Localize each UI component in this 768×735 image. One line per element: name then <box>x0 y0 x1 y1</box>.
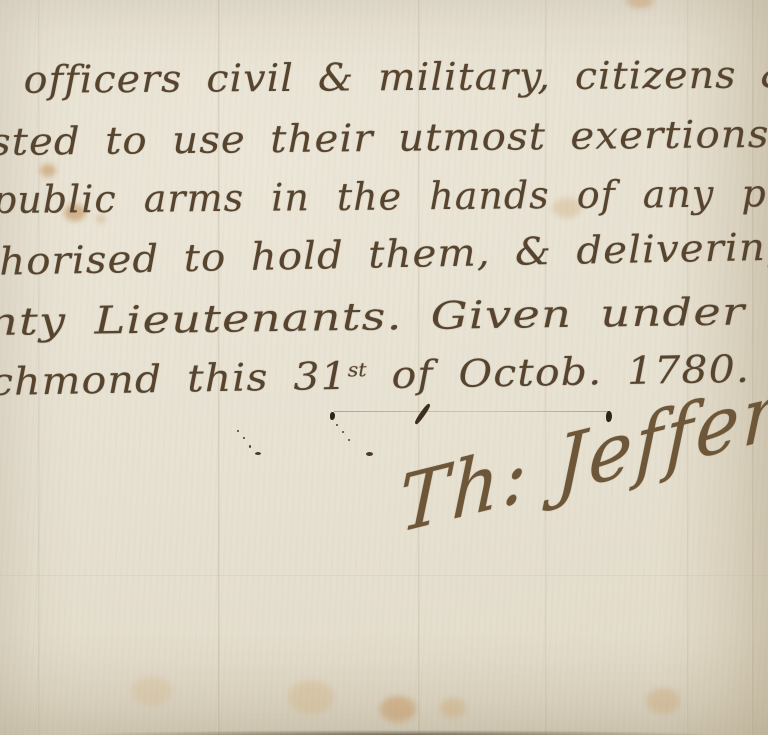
stain-mark <box>288 680 334 714</box>
ink-speck <box>243 437 245 439</box>
fold-crease-vertical <box>751 0 754 735</box>
manuscript-line-5: nty Lieutenants. Given under my han <box>0 286 768 344</box>
ink-speck <box>255 452 261 455</box>
manuscript-date-line: chmond this 31st of Octob. 1780. <box>0 347 750 404</box>
document-photo: l officers civil & military, citizens & … <box>0 0 768 735</box>
date-line-pre: chmond this 31 <box>0 354 348 404</box>
manuscript-line-3: public arms in the hands of any persons <box>0 170 768 222</box>
date-line-superscript: st <box>348 359 367 381</box>
stain-mark <box>646 688 680 714</box>
ink-speck <box>366 452 373 456</box>
ink-speck <box>249 445 251 448</box>
document-paper: l officers civil & military, citizens & … <box>0 0 768 735</box>
paper-bottom-edge <box>78 730 718 735</box>
ink-speck <box>342 431 344 433</box>
ink-speck <box>336 424 338 426</box>
fold-crease-horizontal <box>0 575 768 577</box>
stain-mark <box>440 698 466 718</box>
ink-dot <box>330 412 335 420</box>
ink-speck <box>348 439 350 441</box>
scored-seal-line <box>334 411 610 412</box>
stain-mark <box>626 0 654 8</box>
manuscript-line-1: l officers civil & military, citizens & … <box>0 51 768 102</box>
stain-mark <box>132 676 172 706</box>
manuscript-line-2: sted to use their utmost exertions in re… <box>0 110 768 164</box>
manuscript-line-4: thorised to hold them, & delivering them… <box>0 221 768 284</box>
ink-speck <box>237 430 239 432</box>
stain-mark <box>380 696 416 722</box>
stain-mark <box>40 164 56 177</box>
